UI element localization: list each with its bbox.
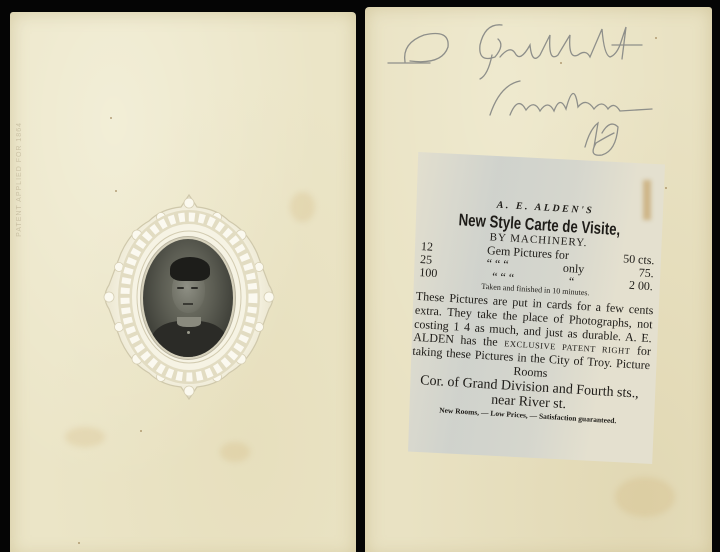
stain bbox=[220, 442, 250, 462]
label-body: These Pictures are put in cards for a fe… bbox=[411, 290, 654, 387]
label-text: A. E. ALDEN'S New Style Carte de Visite,… bbox=[409, 196, 660, 427]
price-value: 75. bbox=[638, 266, 654, 279]
portrait-mouth bbox=[183, 303, 193, 305]
edge-imprint: PATENT APPLIED FOR 1864 bbox=[16, 122, 23, 237]
price-note: only bbox=[563, 262, 585, 275]
price-desc: “ “ “ bbox=[486, 257, 509, 270]
photographer-advertisement-label: A. E. ALDEN'S New Style Carte de Visite,… bbox=[408, 152, 665, 464]
portrait-eye bbox=[177, 287, 184, 289]
price-note: “ bbox=[568, 275, 574, 287]
card-back: A. E. ALDEN'S New Style Carte de Visite,… bbox=[365, 7, 712, 552]
speck bbox=[110, 117, 112, 119]
handwritten-inscription bbox=[380, 15, 680, 165]
price-value: 2 00. bbox=[629, 279, 654, 292]
speck bbox=[78, 542, 80, 544]
portrait-collar bbox=[177, 317, 201, 327]
speck bbox=[665, 187, 667, 189]
price-qty: 100 bbox=[419, 266, 438, 279]
speck bbox=[140, 430, 142, 432]
price-qty: 25 bbox=[420, 253, 433, 266]
tintype-portrait bbox=[143, 239, 233, 357]
stain bbox=[290, 192, 315, 222]
portrait-eye bbox=[191, 287, 198, 289]
stain bbox=[615, 477, 675, 517]
price-qty: 12 bbox=[421, 240, 434, 253]
embossed-oval-frame bbox=[97, 187, 281, 407]
portrait-hair bbox=[170, 257, 210, 281]
price-value: 50 cts. bbox=[623, 252, 655, 266]
portrait-button bbox=[187, 331, 190, 334]
stain bbox=[65, 427, 105, 447]
card-front: PATENT APPLIED FOR 1864 bbox=[10, 12, 356, 552]
